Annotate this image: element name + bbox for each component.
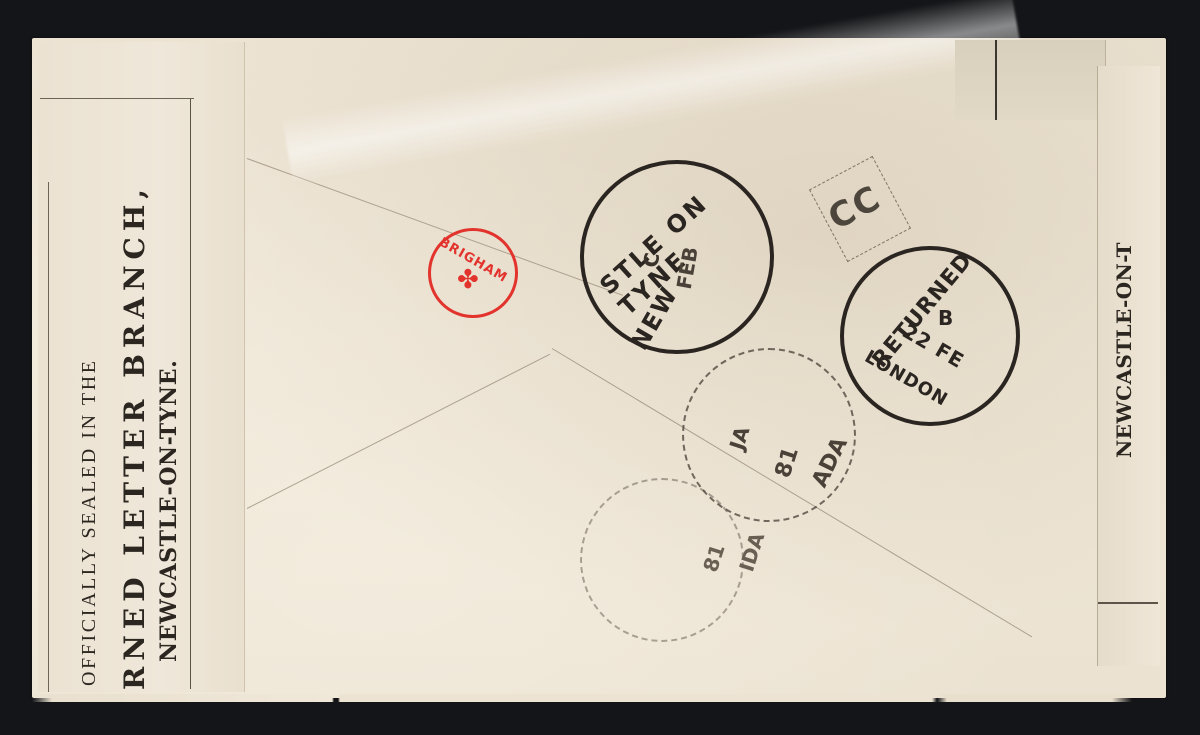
right-seal-label: NEWCASTLE-ON-T xyxy=(1097,66,1160,666)
rule xyxy=(190,99,191,689)
postmark-date-year: 81 xyxy=(698,541,729,575)
left-seal-label: OFFICIALLY SEALED IN THE RNED LETTER BRA… xyxy=(38,42,245,692)
postmark-date-letter: B xyxy=(938,306,953,330)
label-line-3: NEWCASTLE-ON-TYNE. xyxy=(156,360,182,662)
maple-leaf-icon: ✤ xyxy=(457,265,479,295)
postal-cover: OFFICIALLY SEALED IN THE RNED LETTER BRA… xyxy=(32,38,1166,698)
rule xyxy=(1098,602,1158,604)
label-line-2: RNED LETTER BRANCH, xyxy=(118,183,151,690)
right-label-text: NEWCASTLE-ON-T xyxy=(1112,242,1136,458)
postmark-date-month: JA xyxy=(725,423,755,452)
postmark-date: 22 FE xyxy=(898,319,968,373)
returned-postmark: RETURNED B 22 FE LONDON xyxy=(840,246,1020,426)
faint-postmark: 81 IDA xyxy=(580,478,744,642)
label-line-1: OFFICIALLY SEALED IN THE xyxy=(78,358,101,686)
rule xyxy=(48,182,49,692)
rule xyxy=(995,40,997,120)
brigham-postmark: BRIGHAM ✤ xyxy=(428,228,518,318)
newcastle-postmark: STLE ON TYNE C FEB NEW xyxy=(580,160,774,354)
top-right-flap xyxy=(955,40,1106,120)
postmark-date-year: 81 xyxy=(771,444,804,481)
rule xyxy=(40,98,194,99)
